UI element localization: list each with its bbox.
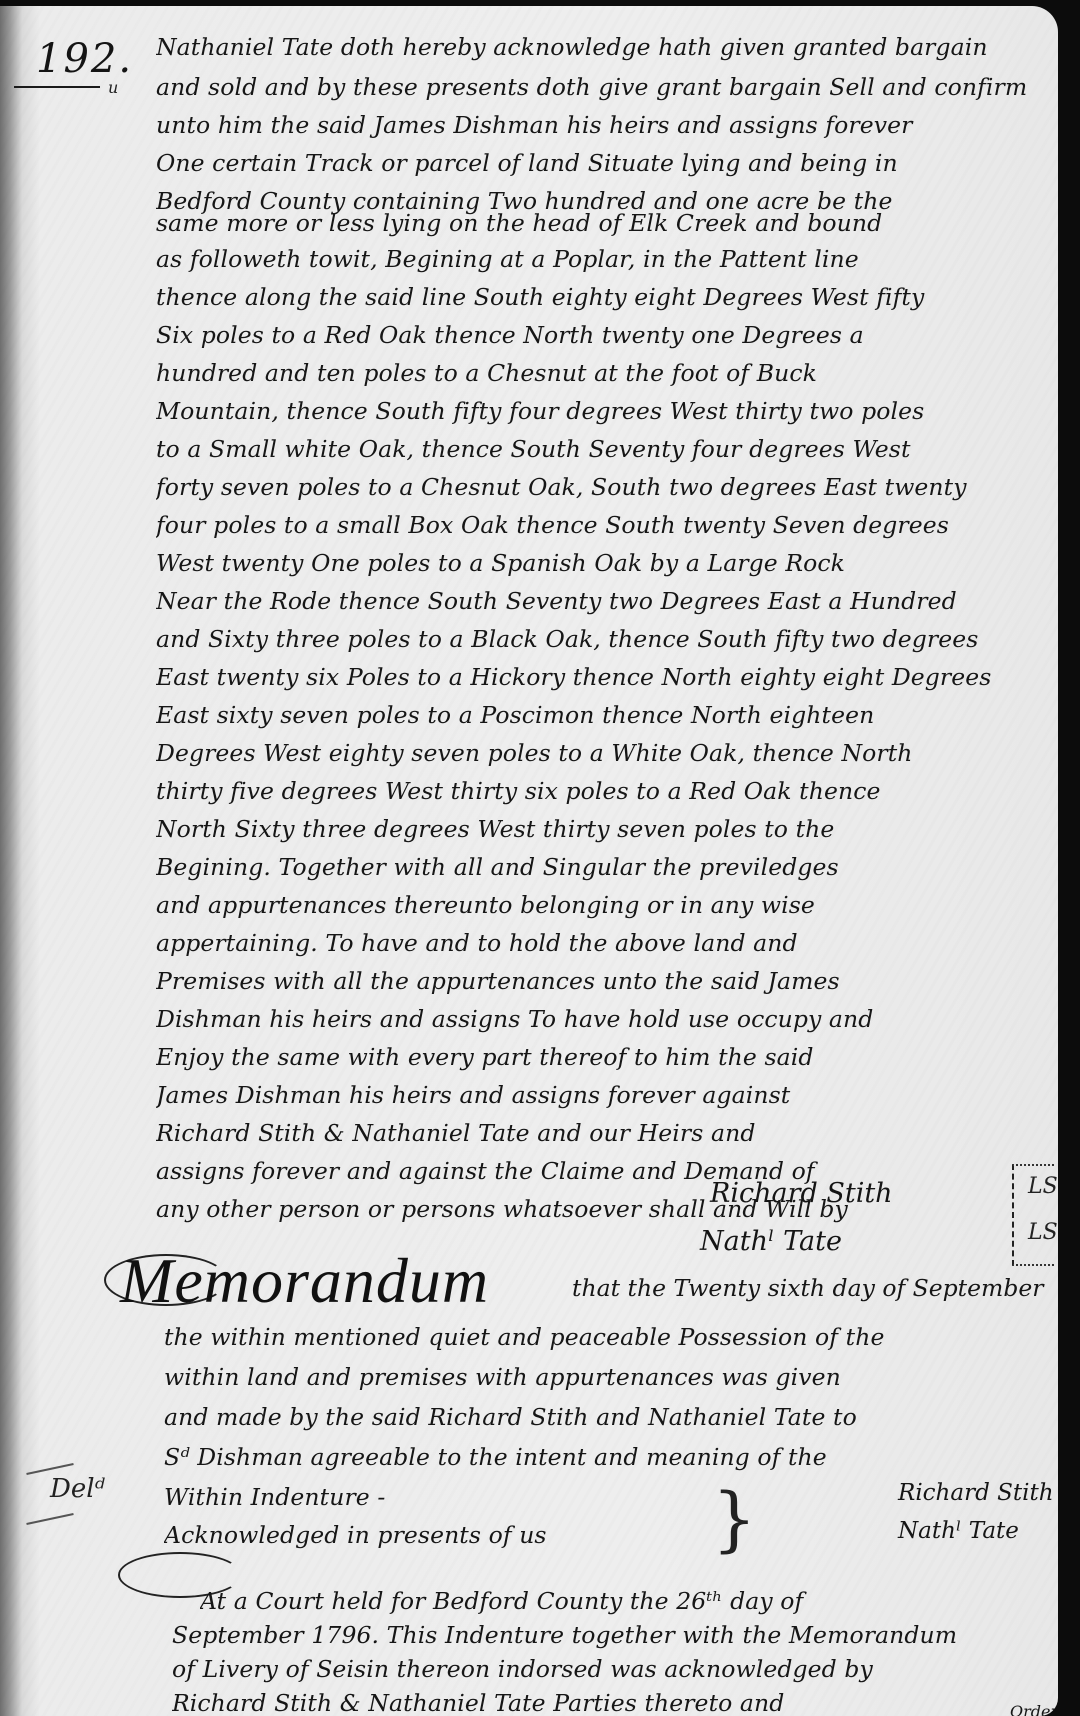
seal-bracket: LS LS bbox=[1012, 1164, 1054, 1266]
deed-line: East twenty six Poles to a Hickory thenc… bbox=[156, 662, 1046, 692]
deed-line: unto him the said James Dishman his heir… bbox=[156, 110, 1046, 140]
deed-line: assigns forever and against the Claime a… bbox=[156, 1156, 1046, 1186]
ledger-page: 192. u Nathaniel Tate doth hereby acknow… bbox=[0, 6, 1058, 1716]
deed-line: Degrees West eighty seven poles to a Whi… bbox=[156, 738, 1046, 768]
court-line: Richard Stith & Nathaniel Tate Parties t… bbox=[172, 1688, 1046, 1716]
deed-line: hundred and ten poles to a Chesnut at th… bbox=[156, 358, 1046, 388]
deed-line: East sixty seven poles to a Poscimon the… bbox=[156, 700, 1046, 730]
court-line: of Livery of Seisin thereon indorsed was… bbox=[172, 1654, 1046, 1684]
court-line: At a Court held for Bedford County the 2… bbox=[200, 1586, 1046, 1616]
deed-line: Six poles to a Red Oak thence North twen… bbox=[156, 320, 1046, 350]
memo-line: Sᵈ Dishman agreeable to the intent and m… bbox=[164, 1442, 1046, 1472]
deed-line: North Sixty three degrees West thirty se… bbox=[156, 814, 1046, 844]
deed-signature-tate: Nathˡ Tate bbox=[700, 1226, 842, 1257]
brace-mark: } bbox=[712, 1484, 757, 1554]
memo-line: and made by the said Richard Stith and N… bbox=[164, 1402, 1046, 1432]
deed-line: Richard Stith & Nathaniel Tate and our H… bbox=[156, 1118, 1046, 1148]
margin-note-delivered: Delᵈ bbox=[50, 1474, 105, 1504]
page-number-underline bbox=[14, 86, 100, 88]
memo-line: within land and premises with appurtenan… bbox=[164, 1362, 1046, 1392]
deed-line: James Dishman his heirs and assigns fore… bbox=[156, 1080, 1046, 1110]
deed-line: appertaining. To have and to hold the ab… bbox=[156, 928, 1046, 958]
memorandum-first-line: that the Twenty sixth day of September bbox=[572, 1274, 1046, 1302]
deed-line: Enjoy the same with every part thereof t… bbox=[156, 1042, 1046, 1072]
memorandum-title: Memorandum bbox=[120, 1244, 489, 1318]
margin-dash bbox=[26, 1513, 73, 1525]
deed-line: and sold and by these presents doth give… bbox=[156, 72, 1046, 102]
deed-line: Dishman his heirs and assigns To have ho… bbox=[156, 1004, 1046, 1034]
deed-line: as followeth towit, Begining at a Poplar… bbox=[156, 244, 1046, 274]
seal-ls: LS bbox=[1028, 1174, 1058, 1199]
seal-ls: LS bbox=[1028, 1220, 1058, 1245]
court-trailing-word: Ordered bbox=[1010, 1702, 1058, 1716]
deed-line: West twenty One poles to a Spanish Oak b… bbox=[156, 548, 1046, 578]
deed-line: Mountain, thence South fifty four degree… bbox=[156, 396, 1046, 426]
deed-line: forty seven poles to a Chesnut Oak, Sout… bbox=[156, 472, 1046, 502]
margin-mark: u bbox=[108, 78, 118, 97]
deed-line: and Sixty three poles to a Black Oak, th… bbox=[156, 624, 1046, 654]
deed-line: any other person or persons whatsoever s… bbox=[156, 1194, 1046, 1224]
deed-line: Near the Rode thence South Seventy two D… bbox=[156, 586, 1046, 616]
deed-line: Begining. Together with all and Singular… bbox=[156, 852, 1046, 882]
deed-line: Premises with all the appurtenances unto… bbox=[156, 966, 1046, 996]
deed-line: thence along the said line South eighty … bbox=[156, 282, 1046, 312]
memo-signature-stith: Richard Stith bbox=[898, 1480, 1054, 1506]
deed-line: thirty five degrees West thirty six pole… bbox=[156, 776, 1046, 806]
deed-line: same more or less lying on the head of E… bbox=[156, 208, 1046, 238]
deed-line: Nathaniel Tate doth hereby acknowledge h… bbox=[156, 32, 1046, 62]
memo-line: the within mentioned quiet and peaceable… bbox=[164, 1322, 1046, 1352]
deed-line: One certain Track or parcel of land Situ… bbox=[156, 148, 1046, 178]
deed-line: and appurtenances thereunto belonging or… bbox=[156, 890, 1046, 920]
deed-line: to a Small white Oak, thence South Seven… bbox=[156, 434, 1046, 464]
page-number: 192. bbox=[36, 36, 133, 82]
memo-signature-tate: Nathˡ Tate bbox=[898, 1518, 1019, 1544]
deed-line: four poles to a small Box Oak thence Sou… bbox=[156, 510, 1046, 540]
deed-signature-stith: Richard Stith bbox=[710, 1178, 893, 1209]
court-line: September 1796. This Indenture together … bbox=[172, 1620, 1046, 1650]
